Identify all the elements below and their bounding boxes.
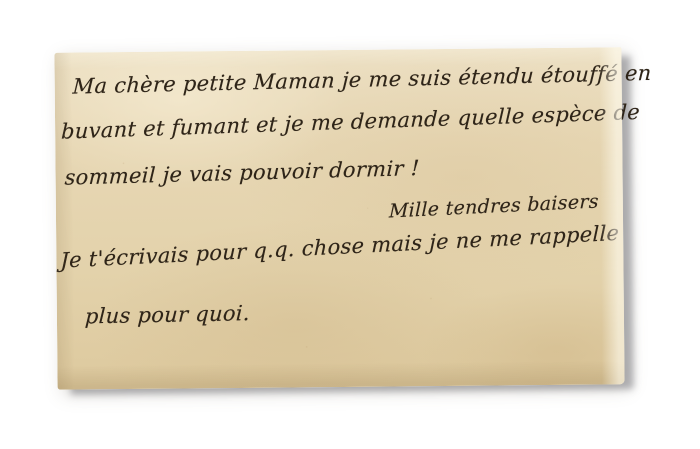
handwritten-line-1: Ma chère petite Maman je me suis étendu … xyxy=(72,62,652,99)
letter-paper: Ma chère petite Maman je me suis étendu … xyxy=(54,47,624,389)
handwritten-line-3: sommeil je vais pouvoir dormir ! xyxy=(64,157,420,190)
handwritten-line-5: Je t'écrivais pour q.q. chose mais je ne… xyxy=(60,222,619,273)
photo-background: Ma chère petite Maman je me suis étendu … xyxy=(0,0,700,449)
handwritten-closing: Mille tendres baisers xyxy=(389,191,599,222)
handwritten-line-6: plus pour quoi. xyxy=(84,302,250,328)
handwritten-line-2: buvant et fumant et je me demande quelle… xyxy=(61,101,641,144)
